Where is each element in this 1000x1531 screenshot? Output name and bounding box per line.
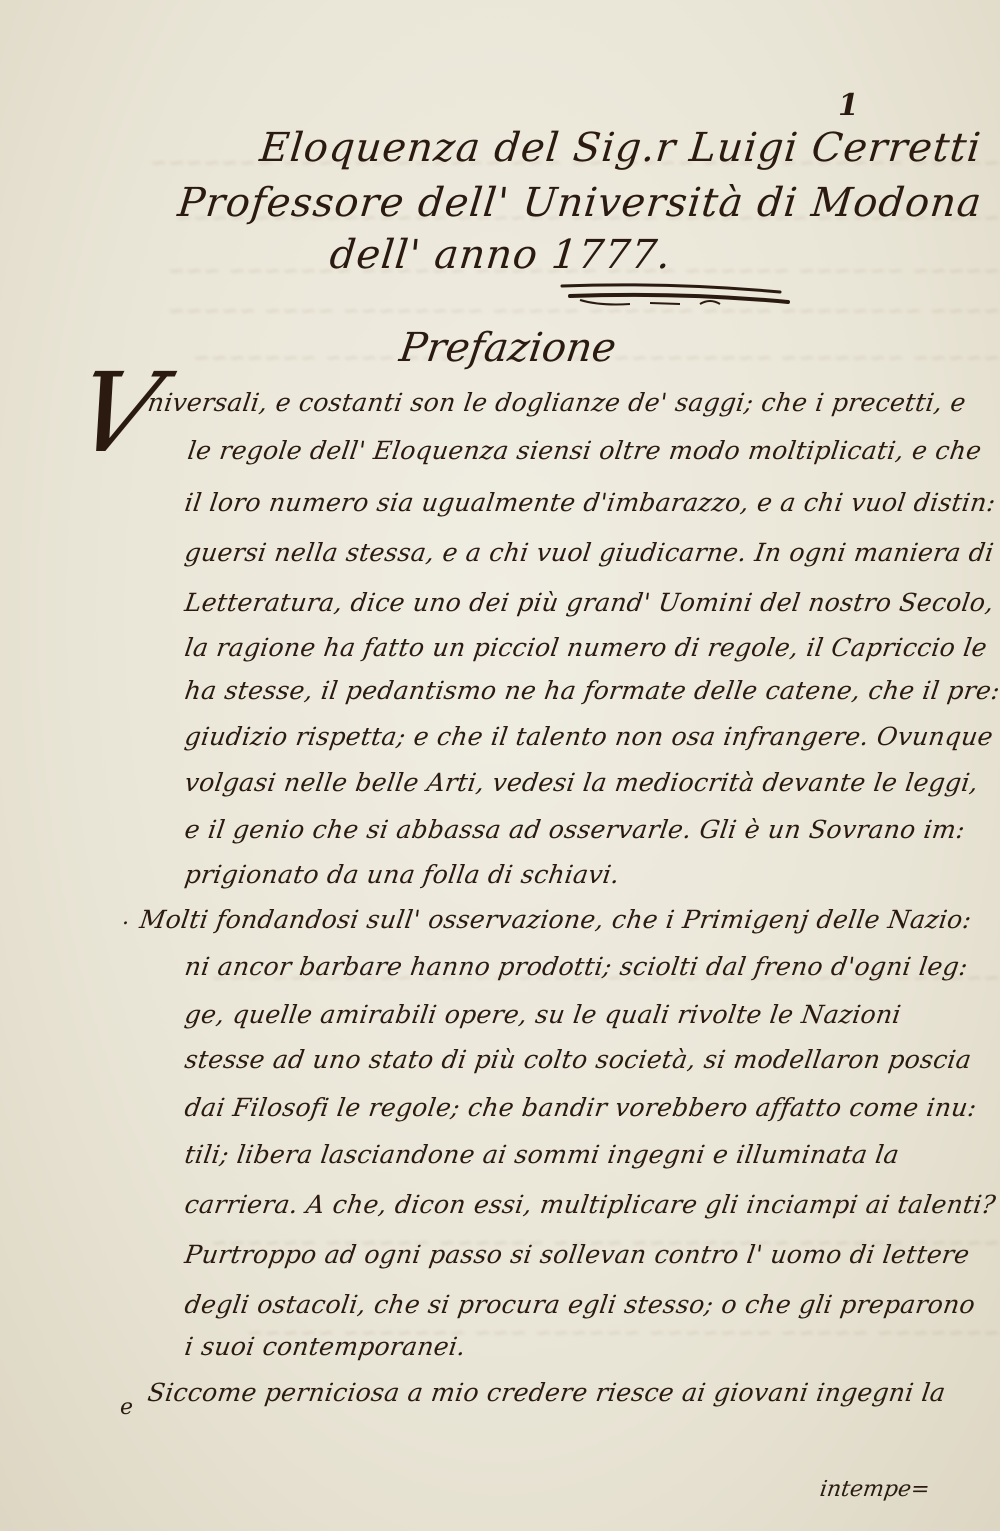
title-line-3: dell' anno 1777.: [328, 232, 674, 278]
text-line: stesse ad uno stato di più colto società…: [183, 1045, 973, 1074]
bleed-through-text: ~~~~ ~~~~~~~~ ~~~~ ~~~~~~ ~~~~~ ~~~~~~~~…: [0, 298, 1000, 322]
section-heading: Prefazione: [397, 325, 619, 371]
text-line: volgasi nelle belle Arti, vedesi la medi…: [183, 768, 980, 797]
text-line: le regole dell' Eloquenza siensi oltre m…: [186, 436, 983, 465]
title-line-2: Professore dell' Università di Modona: [176, 180, 985, 226]
manuscript-page: ~~~~~ ~~~~~~~ ~~~~ ~~~~~~~ ~~~ ~~~~~~ ~~…: [0, 0, 1000, 1531]
text-line: tili; libera lasciandone ai sommi ingegn…: [183, 1140, 901, 1169]
text-line: Purtroppo ad ogni passo si sollevan cont…: [183, 1240, 972, 1269]
text-line: il loro numero sia ugualmente d'imbarazz…: [183, 488, 998, 517]
text-line: degli ostacoli, che si procura egli stes…: [183, 1290, 977, 1319]
text-line: dai Filosofi le regole; che bandir voreb…: [183, 1093, 979, 1122]
title-flourish-icon: [560, 280, 790, 310]
catchword: intempe=: [818, 1477, 931, 1502]
text-line: e il genio che si abbassa ad osservarle.…: [183, 815, 967, 844]
text-line: giudizio rispetta; e che il talento non …: [183, 722, 995, 751]
text-line: carriera. A che, dicon essi, multiplicar…: [183, 1190, 998, 1219]
text-line: Siccome perniciosa a mio credere riesce …: [146, 1378, 947, 1407]
margin-mark: e: [120, 1395, 133, 1420]
text-line: Letteratura, dice uno dei più grand' Uom…: [183, 588, 996, 617]
text-line: prigionato da una folla di schiavi.: [183, 860, 622, 889]
text-line: i suoi contemporanei.: [183, 1332, 468, 1361]
bleed-through-text: ~~~~~~~ ~~~~~ ~~~~~~~ ~~~~~~ ~~~ ~~~~~~~…: [0, 1320, 1000, 1344]
text-line: niversali, e costanti son le doglianze d…: [146, 388, 968, 417]
margin-mark: .: [122, 905, 129, 930]
text-line: ha stesse, il pedantismo ne ha formate d…: [183, 676, 1000, 705]
text-line: ni ancor barbare hanno prodotti; sciolti…: [183, 952, 970, 981]
text-line: Molti fondandosi sull' osservazione, che…: [138, 905, 973, 934]
text-line: guersi nella stessa, e a chi vuol giudic…: [183, 538, 996, 567]
folio-number: 1: [838, 88, 859, 123]
text-line: ge, quelle amirabili opere, su le quali …: [183, 1000, 903, 1029]
title-line-1: Eloquenza del Sig.r Luigi Cerretti: [258, 125, 984, 171]
text-line: la ragione ha fatto un picciol numero di…: [183, 633, 989, 662]
